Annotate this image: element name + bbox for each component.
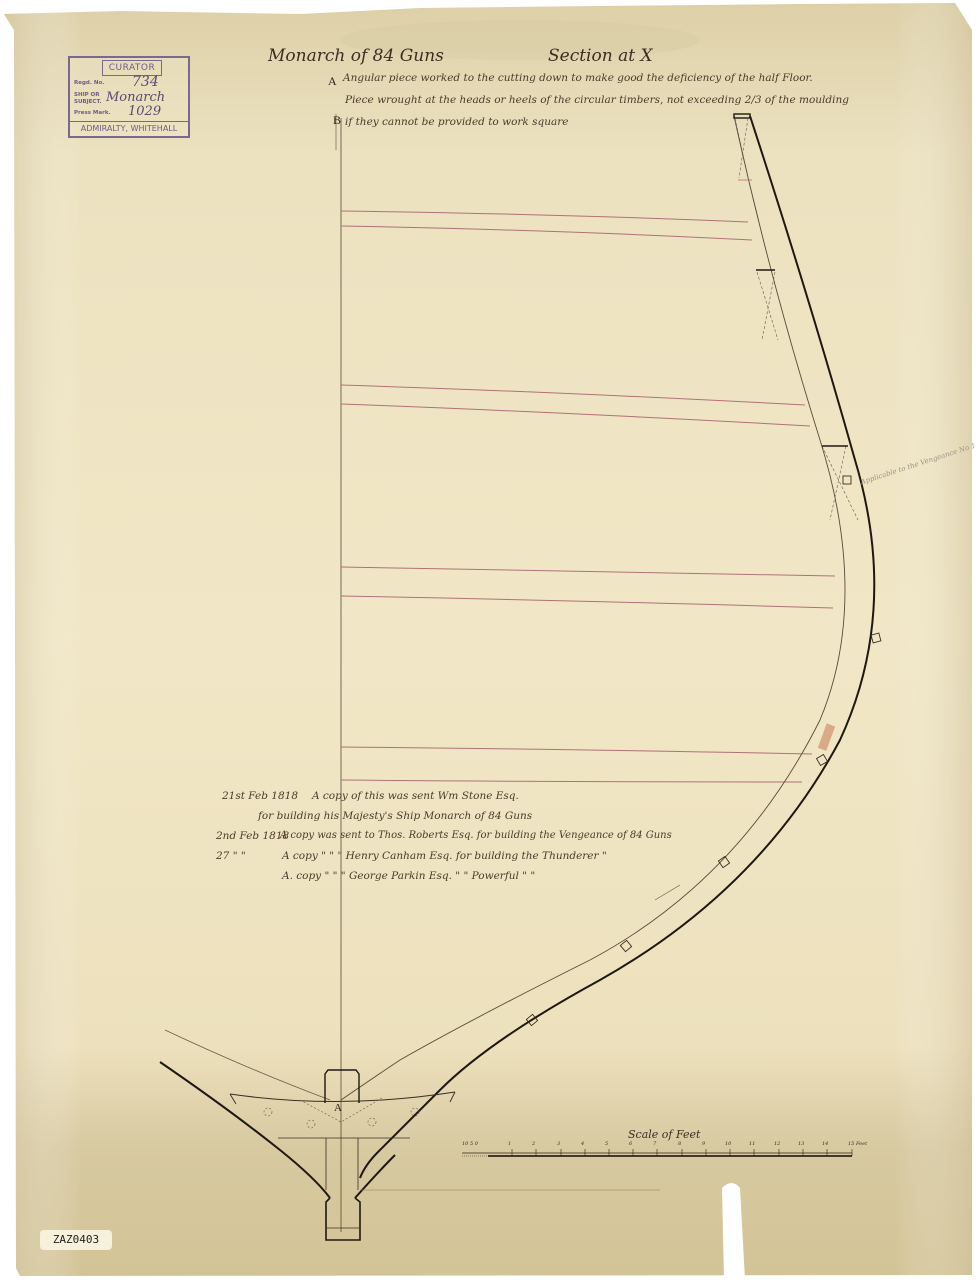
keel (326, 1198, 360, 1240)
stamp-regd-no: 734 (132, 74, 159, 90)
floor-label-a: A (334, 1102, 342, 1114)
reference-number: ZAZ0403 (40, 1230, 112, 1250)
copy-log-text-2: for building his Majesty's Ship Monarch … (258, 810, 532, 822)
scale-title: Scale of Feet (628, 1128, 700, 1141)
scale-tick-13: 13 (798, 1141, 804, 1147)
fastening-marks (526, 476, 881, 1026)
copy-log-text-4: A copy " " " Henry Canham Esq. for build… (282, 850, 607, 862)
scale-bar (462, 1149, 852, 1156)
stamp-footer: ADMIRALTY, WHITEHALL (70, 121, 188, 136)
scale-tick-2: 2 (532, 1141, 535, 1147)
scale-tick-3: 3 (557, 1141, 560, 1147)
note-b-label: B (333, 113, 341, 128)
stamp-ship: Monarch (106, 90, 165, 105)
scale-tick-15: 15 Feet (848, 1141, 867, 1147)
scale-tick-1: 1 (508, 1141, 511, 1147)
plan-title: Monarch of 84 Guns (268, 46, 444, 66)
copy-log-text-1: A copy of this was sent Wm Stone Esq. (312, 790, 519, 802)
scale-tick-11: 11 (749, 1141, 755, 1147)
scale-tick-8: 8 (678, 1141, 681, 1147)
note-a-label: A (328, 74, 337, 89)
keelson (325, 1070, 359, 1103)
outer-hull-line (360, 116, 874, 1178)
note-b-text-2: if they cannot be provided to work squar… (345, 116, 568, 128)
inner-hull-line (341, 116, 845, 1100)
left-hull-line (160, 1062, 330, 1198)
curator-stamp: CURATOR Regd. No. SHIP OR SUBJECT. Press… (68, 56, 190, 138)
scale-left-label: 10 5 0 (462, 1141, 478, 1147)
copy-log-text-3: A copy was sent to Thos. Roberts Esq. fo… (280, 830, 672, 841)
ship-plan-sheet: CURATOR Regd. No. SHIP OR SUBJECT. Press… (0, 0, 979, 1280)
copy-log-date-1: 21st Feb 1818 (222, 790, 298, 802)
scale-tick-14: 14 (822, 1141, 828, 1147)
scale-tick-9: 9 (702, 1141, 705, 1147)
copy-log-date-3: 2nd Feb 1818 (216, 830, 289, 842)
scale-tick-4: 4 (581, 1141, 584, 1147)
section-title: Section at X (548, 46, 653, 66)
stamp-press-mark: 1029 (128, 104, 161, 119)
stamp-label-regd: Regd. No. (74, 80, 104, 86)
note-b-text-1: Piece wrought at the heads or heels of t… (345, 94, 849, 106)
copy-log-date-4: 27 " " (216, 850, 246, 862)
scale-tick-10: 10 (725, 1141, 731, 1147)
red-waterlines (341, 211, 835, 782)
note-a-text: Angular piece worked to the cutting down… (343, 72, 813, 84)
copy-log-text-5: A. copy " " " George Parkin Esq. " " Pow… (282, 870, 535, 882)
stamp-label-press: Press Mark. (74, 110, 111, 116)
scale-tick-12: 12 (774, 1141, 780, 1147)
highlight-piece (818, 723, 835, 751)
stamp-label-ship: SHIP OR SUBJECT. (74, 92, 100, 106)
scale-tick-6: 6 (629, 1141, 632, 1147)
scale-tick-7: 7 (653, 1141, 656, 1147)
hull-section-drawing (0, 0, 979, 1280)
scale-tick-5: 5 (605, 1141, 608, 1147)
